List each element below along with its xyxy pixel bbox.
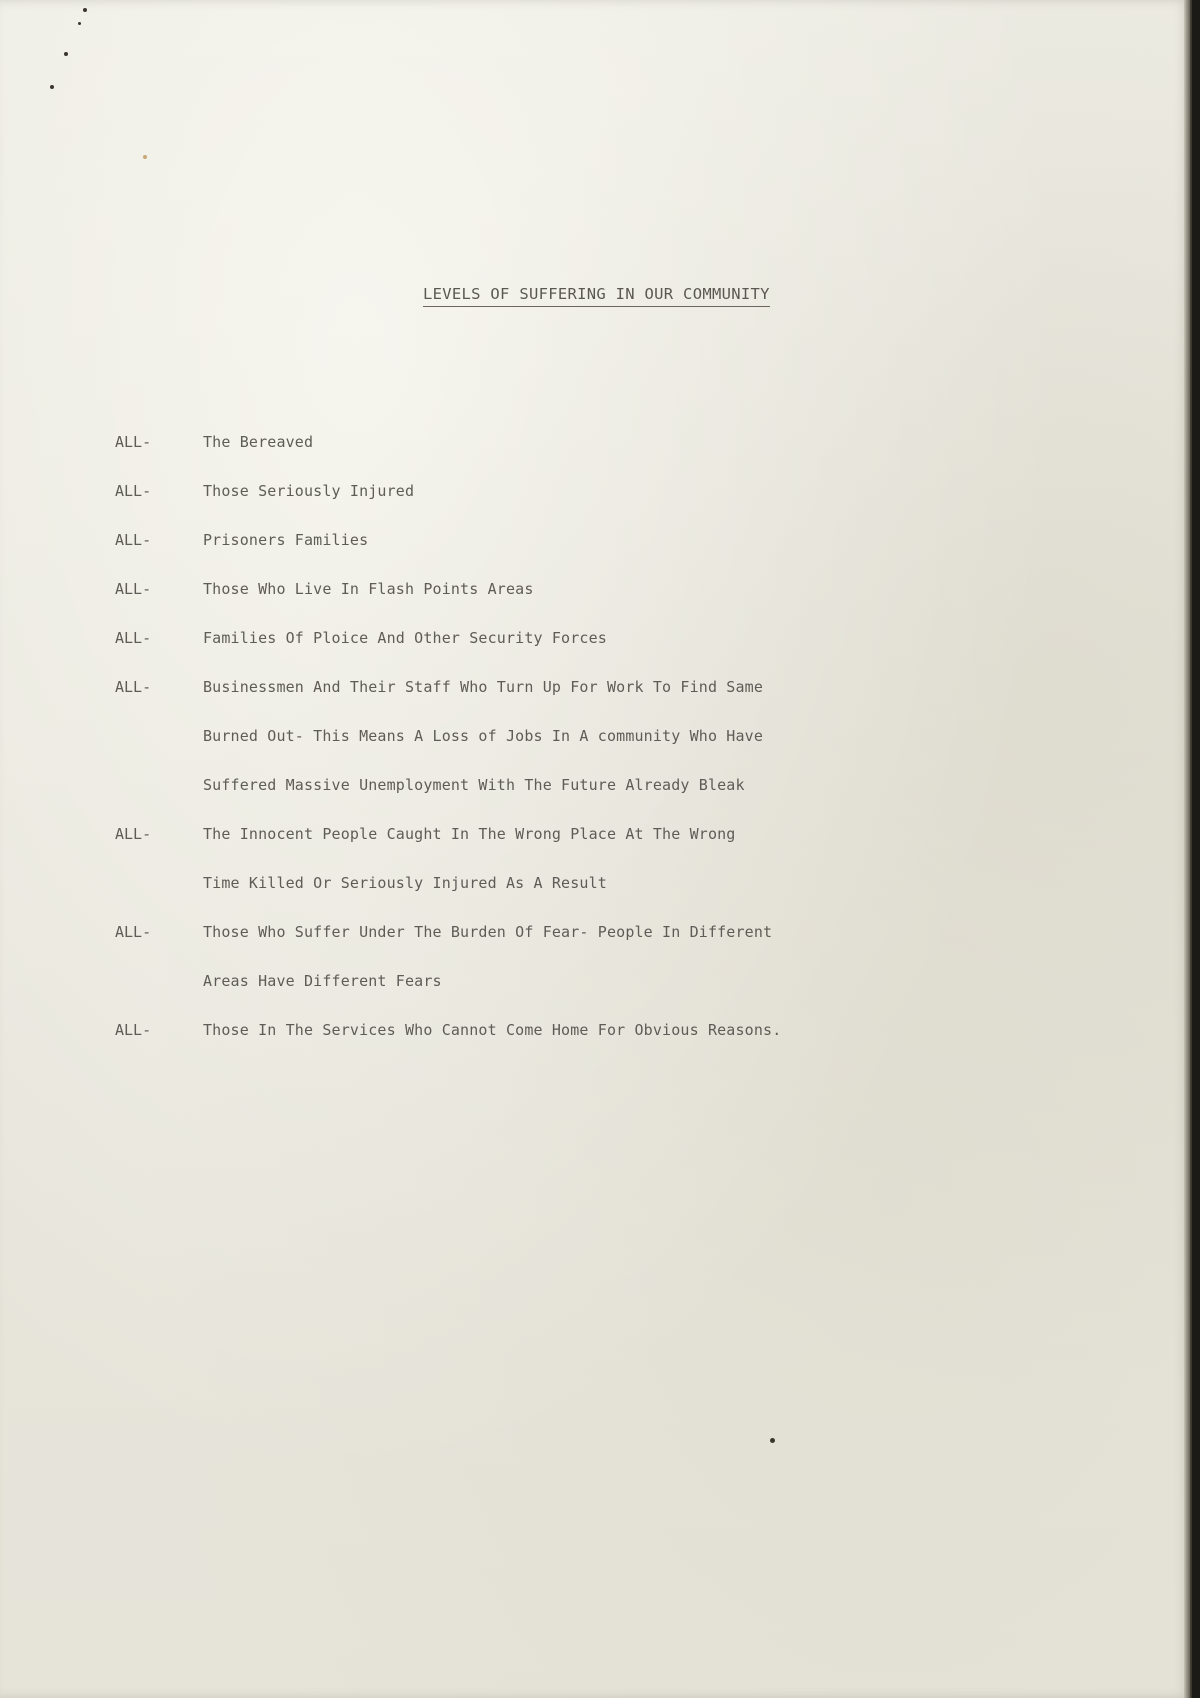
entry-prefix: ALL- <box>115 1021 151 1039</box>
entry-text-line: Areas Have Different Fears <box>203 972 442 990</box>
entry-text-line: Those Who Suffer Under The Burden Of Fea… <box>203 923 772 941</box>
entry-text-line: Burned Out- This Means A Loss of Jobs In… <box>203 727 763 745</box>
entry-text-line: Those In The Services Who Cannot Come Ho… <box>203 1021 781 1039</box>
staple-mark <box>50 85 54 89</box>
paper-speck <box>143 155 147 159</box>
page-edge-shadow <box>1184 0 1192 1698</box>
staple-mark <box>78 22 81 25</box>
entry-text-line: Prisoners Families <box>203 531 368 549</box>
entry-text-line: Those Seriously Injured <box>203 482 414 500</box>
entry-prefix: ALL- <box>115 923 151 941</box>
entry-prefix: ALL- <box>115 825 151 843</box>
entry-text-line: Businessmen And Their Staff Who Turn Up … <box>203 678 763 696</box>
entry-prefix: ALL- <box>115 678 151 696</box>
entry-prefix: ALL- <box>115 433 151 451</box>
entry-text-line: Families Of Ploice And Other Security Fo… <box>203 629 607 647</box>
entry-text-line: Suffered Massive Unemployment With The F… <box>203 776 745 794</box>
entry-prefix: ALL- <box>115 482 151 500</box>
staple-mark <box>64 52 68 56</box>
entry-text-line: The Innocent People Caught In The Wrong … <box>203 825 735 843</box>
document-title: LEVELS OF SUFFERING IN OUR COMMUNITY <box>423 285 770 307</box>
paper-speck <box>770 1438 775 1443</box>
entry-text-line: Time Killed Or Seriously Injured As A Re… <box>203 874 607 892</box>
entry-prefix: ALL- <box>115 531 151 549</box>
staple-mark <box>83 8 87 12</box>
entry-prefix: ALL- <box>115 580 151 598</box>
entry-text-line: Those Who Live In Flash Points Areas <box>203 580 534 598</box>
entry-text-line: The Bereaved <box>203 433 313 451</box>
paper-page: LEVELS OF SUFFERING IN OUR COMMUNITY ALL… <box>0 0 1190 1698</box>
entry-prefix: ALL- <box>115 629 151 647</box>
